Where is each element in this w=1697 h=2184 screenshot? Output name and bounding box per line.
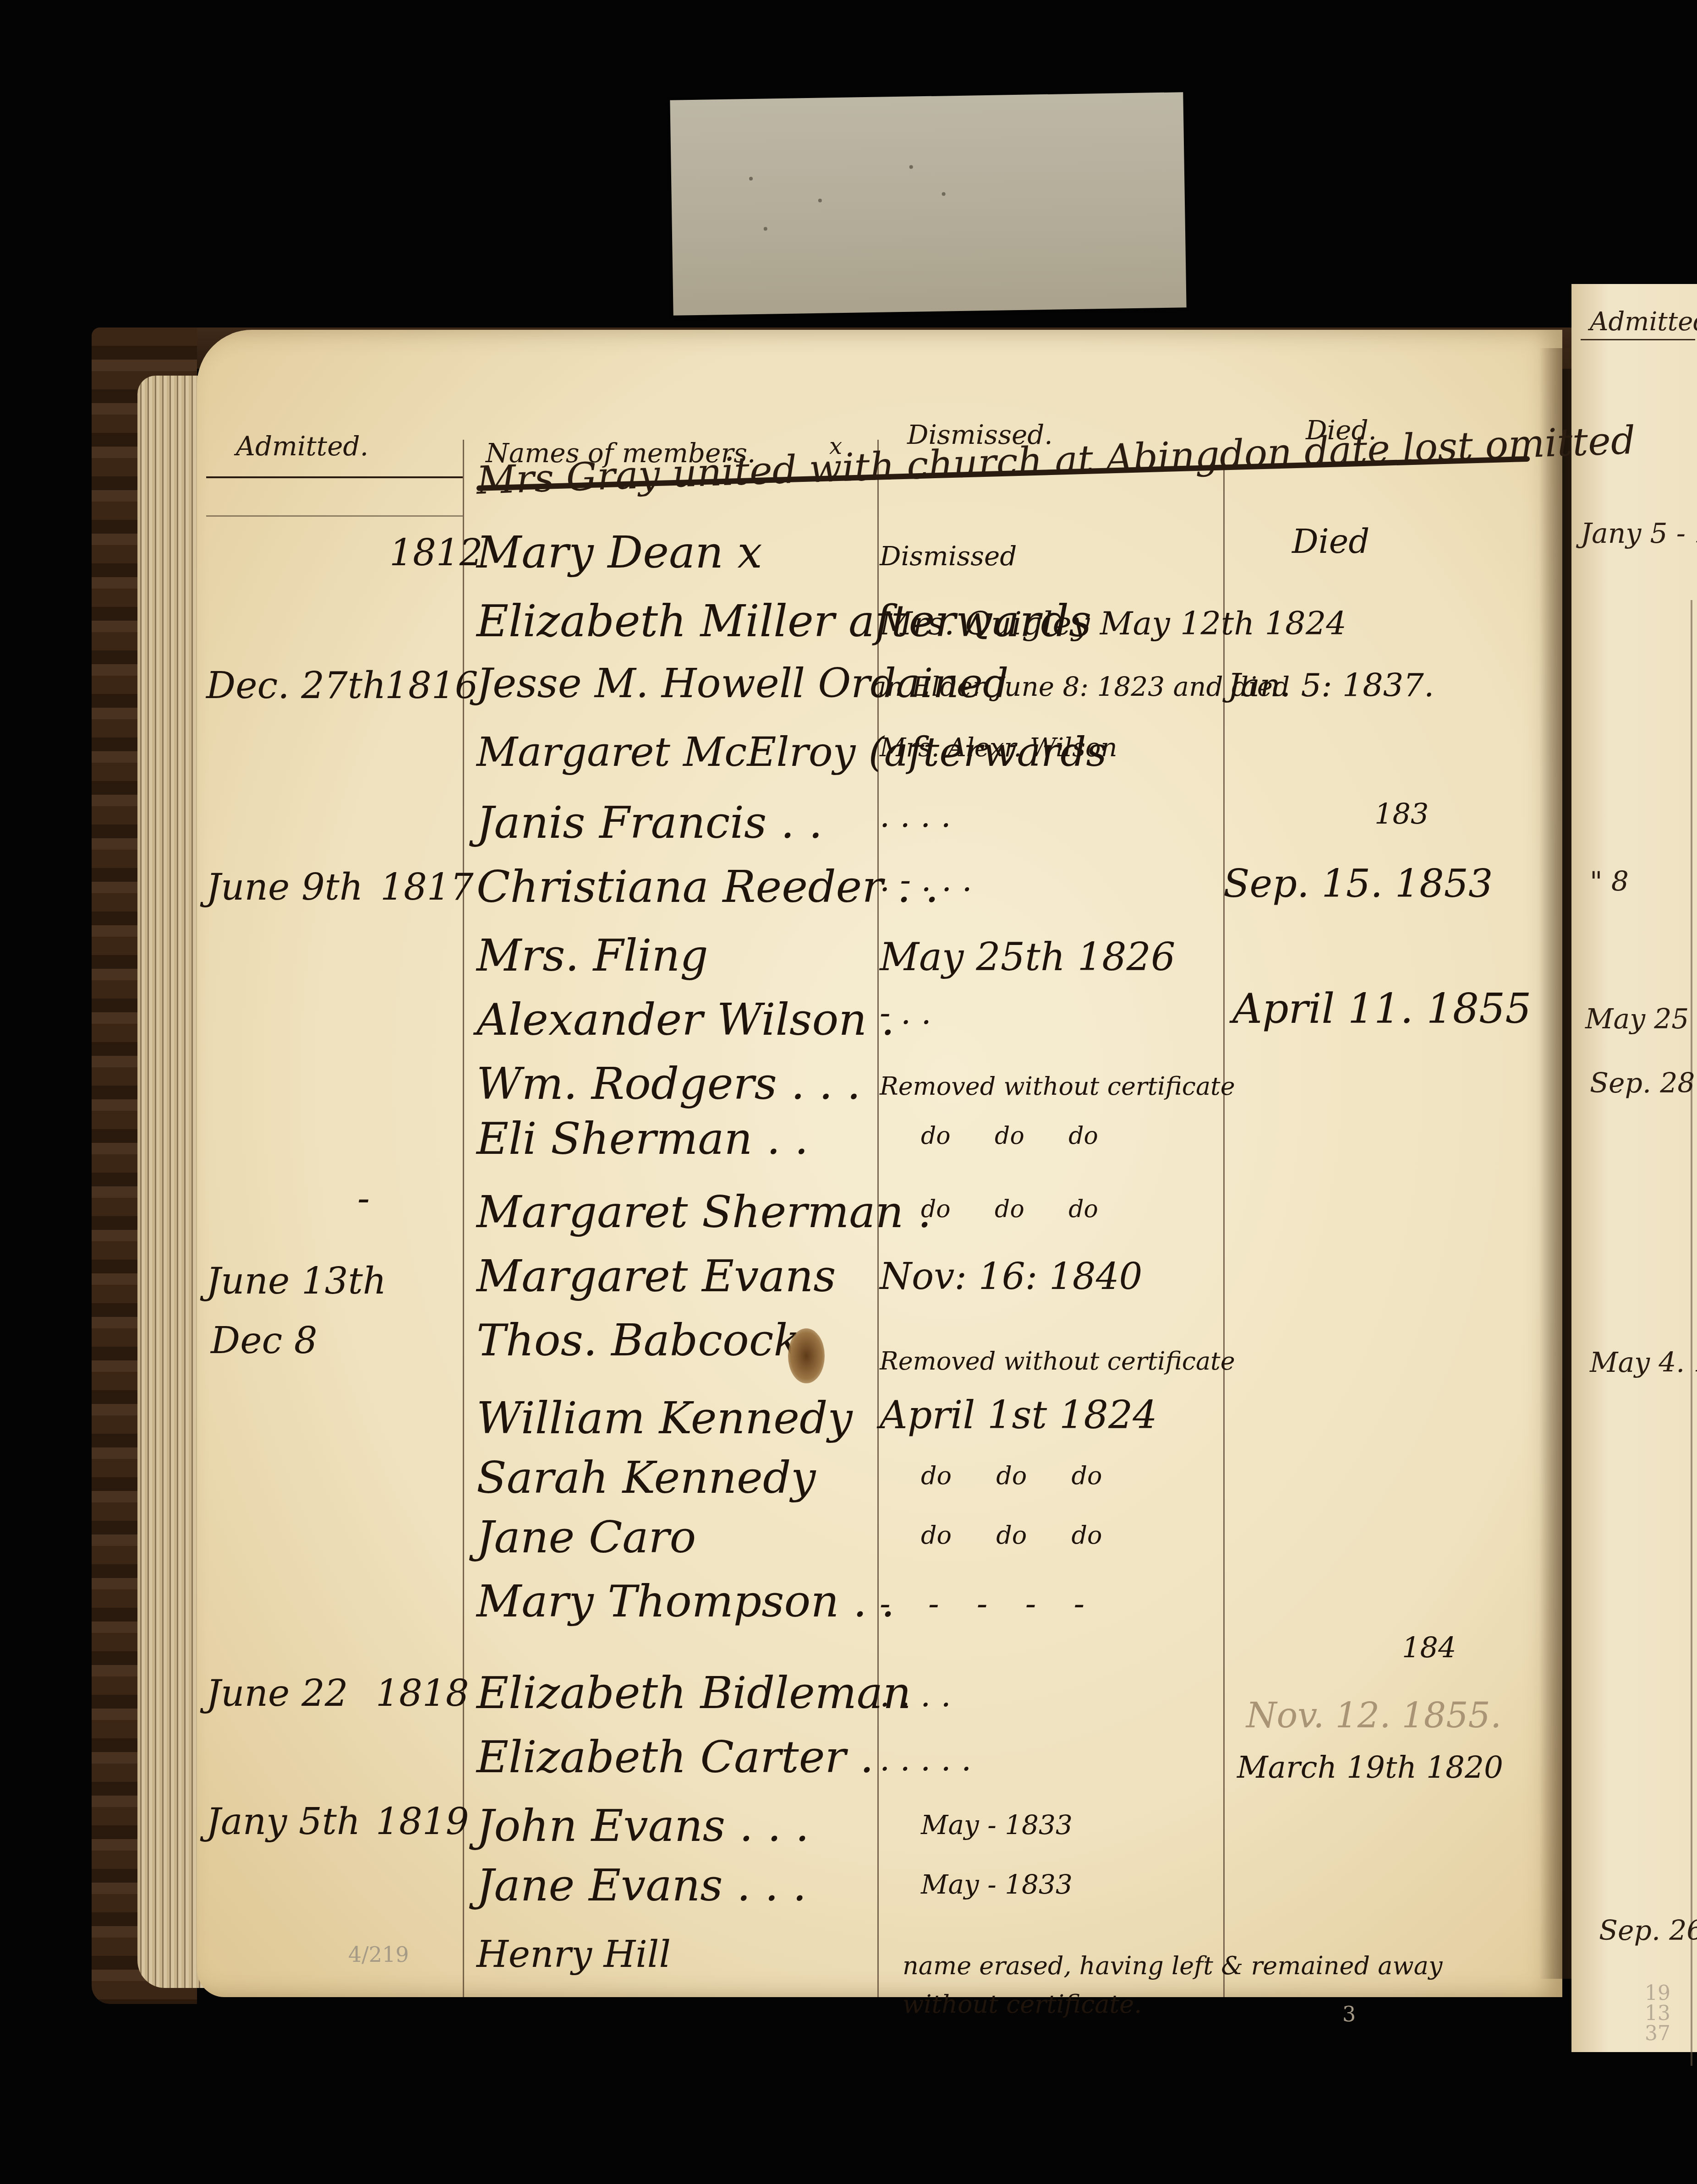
dismissed-entry: - - - - - bbox=[880, 1585, 1084, 1622]
admitted-date: June 9th bbox=[206, 866, 363, 908]
admitted-date: - bbox=[357, 1177, 370, 1220]
dismissed-entry: do do do bbox=[921, 1122, 1098, 1150]
member-name: Janis Francis . . bbox=[476, 797, 822, 848]
member-name: Alexander Wilson . bbox=[476, 994, 895, 1045]
dismissed-entry: . . . . bbox=[880, 1676, 951, 1714]
admitted-year: 1817 bbox=[380, 866, 474, 908]
facing-page-entry: Jany 5 - 1819 bbox=[1581, 518, 1697, 550]
dismissed-entry: May - 1833 bbox=[921, 1869, 1073, 1900]
member-name: Wm. Rodgers . . . bbox=[476, 1058, 861, 1109]
dismissed-entry: do do do bbox=[921, 1521, 1102, 1550]
dismissed-entry: name erased, having left & remained away… bbox=[903, 1947, 1443, 2024]
card-speck bbox=[749, 177, 753, 180]
dismissed-entry: May 25th 1826 bbox=[880, 934, 1175, 979]
member-name: Elizabeth Bidleman bbox=[476, 1667, 911, 1719]
facing-page-entry: May 25 bbox=[1585, 1003, 1689, 1035]
dismissed-entry: Mrs. Quigley May 12th 1824 bbox=[880, 605, 1347, 642]
member-name: Mary Thompson . . bbox=[476, 1576, 895, 1627]
facing-page-rule bbox=[1691, 600, 1692, 2066]
subheader-died: Died bbox=[1292, 522, 1369, 561]
pencil-mark-facing: 19 13 37 bbox=[1645, 1983, 1663, 2044]
admitted-year: 1818 bbox=[376, 1672, 469, 1714]
card-speck bbox=[909, 165, 913, 169]
reference-card bbox=[670, 92, 1186, 316]
facing-page-entry: May 4. 1820 bbox=[1590, 1347, 1697, 1379]
dismissed-entry: do do do bbox=[921, 1461, 1102, 1490]
died-entry: Jan. 5: 1837. bbox=[1228, 666, 1434, 704]
member-name: Mary Dean x bbox=[476, 527, 762, 578]
died-entry: Sep. 15. 1853 bbox=[1223, 861, 1493, 906]
subheader-dismissed: Dismissed bbox=[880, 541, 1017, 572]
pencil-mark: 3 bbox=[1342, 2002, 1356, 2026]
member-name: Christiana Reeder . . bbox=[476, 861, 939, 912]
dismissed-entry: an Elder June 8: 1823 and died bbox=[870, 671, 1290, 702]
member-name: Eli Sherman . . bbox=[476, 1113, 808, 1164]
admitted-date: June 13th bbox=[206, 1260, 386, 1302]
member-name: Margaret Sherman . bbox=[476, 1186, 931, 1238]
card-speck bbox=[942, 192, 946, 196]
dismissed-entry: do do do bbox=[921, 1196, 1098, 1223]
card-speck bbox=[764, 227, 767, 231]
admitted-year: 1816 bbox=[385, 664, 478, 707]
facing-page-header-rule bbox=[1581, 339, 1695, 340]
dismissed-entry: . - . . . bbox=[880, 861, 972, 899]
died-entry: 183 bbox=[1374, 797, 1429, 830]
admitted-date: Dec. 27th bbox=[206, 664, 386, 707]
facing-page-entry: Sep. 28 bbox=[1590, 1067, 1695, 1099]
dismissed-entry: Removed without certificate bbox=[880, 1072, 1235, 1101]
ink-stain bbox=[788, 1328, 825, 1383]
header-admitted: Admitted. bbox=[236, 431, 368, 462]
dismissed-entry: Removed without certificate bbox=[880, 1347, 1235, 1376]
facing-page-entry: Sep. 26 bbox=[1599, 1915, 1697, 1947]
facing-page-header: Admitted bbox=[1590, 307, 1697, 337]
member-name: Thos. Babcock bbox=[476, 1315, 800, 1366]
member-name: John Evans . . . bbox=[476, 1800, 809, 1851]
member-name: Mrs. Fling bbox=[476, 930, 708, 981]
card-speck bbox=[818, 199, 822, 202]
admitted-year: 1819 bbox=[376, 1800, 469, 1843]
subheader-rule bbox=[206, 515, 463, 517]
admitted-date: Jany 5th bbox=[206, 1800, 360, 1843]
member-name: Jane Evans . . . bbox=[476, 1860, 807, 1911]
died-entry: April 11. 1855 bbox=[1232, 985, 1532, 1033]
member-name: Elizabeth Carter . bbox=[476, 1731, 874, 1783]
page-edges bbox=[137, 376, 206, 1988]
died-entry: 184 bbox=[1402, 1631, 1456, 1664]
admitted-date: Dec 8 bbox=[211, 1319, 318, 1362]
dismissed-entry: April 1st 1824 bbox=[880, 1392, 1157, 1437]
header-rule bbox=[206, 476, 463, 478]
admitted-date: June 22 bbox=[206, 1672, 348, 1714]
dismissed-entry: . . . . . bbox=[880, 1741, 971, 1778]
pencil-folio-mark: 4/219 bbox=[348, 1942, 409, 1967]
member-name: Jane Caro bbox=[476, 1512, 696, 1563]
dismissed-entry: - . . bbox=[880, 994, 931, 1032]
member-name: Margaret Evans bbox=[476, 1250, 836, 1302]
facing-page-entry: " 8 bbox=[1590, 866, 1629, 898]
member-name: Sarah Kennedy bbox=[476, 1452, 816, 1503]
member-name: William Kennedy bbox=[476, 1392, 853, 1444]
dismissed-entry: Mrs. Alexr. Wilson bbox=[880, 733, 1117, 763]
died-entry: March 19th 1820 bbox=[1237, 1750, 1503, 1785]
gutter-shadow bbox=[1539, 348, 1571, 1979]
admitted-year: 1812 bbox=[389, 531, 483, 574]
member-name: Henry Hill bbox=[476, 1933, 671, 1976]
dismissed-entry: . . . . bbox=[880, 797, 951, 835]
dismissed-entry: May - 1833 bbox=[921, 1809, 1073, 1840]
died-entry: Nov. 12. 1855. bbox=[1246, 1695, 1501, 1736]
dismissed-entry: Nov: 16: 1840 bbox=[880, 1255, 1143, 1298]
